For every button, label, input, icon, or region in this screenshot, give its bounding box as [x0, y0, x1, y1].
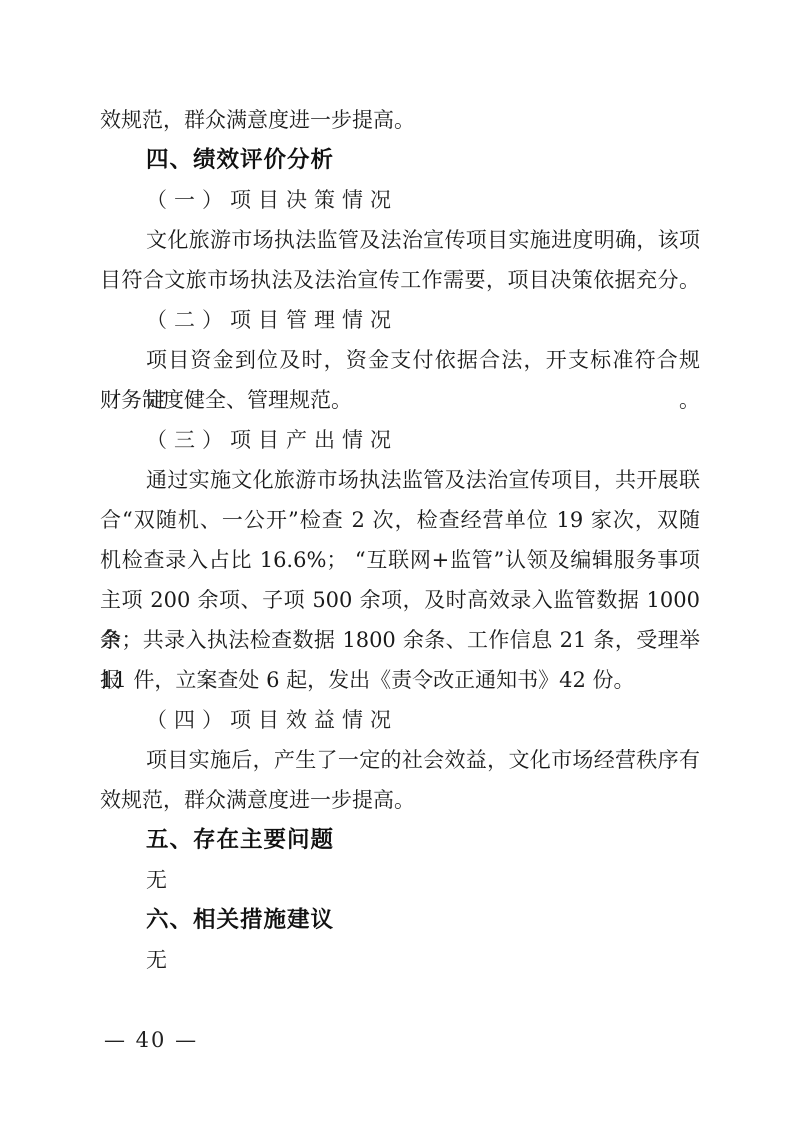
paragraph-line: 主项 200 余项、子项 500 余项，及时高效录入监管数据 1000 余	[100, 580, 700, 620]
paragraph-line: 目符合文旅市场执法及法治宣传工作需要，项目决策依据充分。	[100, 260, 700, 300]
subsection-heading-1: （一）项目决策情况	[100, 180, 700, 220]
paragraph-line: 11 件，立案查处 6 起，发出《责令改正通知书》42 份。	[100, 660, 700, 700]
section-heading-4: 四、绩效评价分析	[100, 140, 700, 180]
paragraph-line: 合“双随机、一公开”检查 2 次，检查经营单位 19 家次，双随	[100, 500, 700, 540]
paragraph-line: 项目资金到位及时，资金支付依据合法，开支标准符合规定。	[100, 340, 700, 380]
paragraph-line: 文化旅游市场执法监管及法治宣传项目实施进度明确，该项	[100, 220, 700, 260]
subsection-heading-4: （四）项目效益情况	[100, 700, 700, 740]
paragraph-line: 效规范，群众满意度进一步提高。	[100, 780, 700, 820]
paragraph-line: 条；共录入执法检查数据 1800 余条、工作信息 21 条，受理举报	[100, 620, 700, 660]
paragraph-line: 无	[100, 860, 700, 900]
subsection-heading-3: （三）项目产出情况	[100, 420, 700, 460]
subsection-heading-2: （二）项目管理情况	[100, 300, 700, 340]
paragraph-line: 项目实施后，产生了一定的社会效益，文化市场经营秩序有	[100, 740, 700, 780]
paragraph-line: 机检查录入占比 16.6%； “互联网+监管”认领及编辑服务事项	[100, 540, 700, 580]
document-body: 效规范，群众满意度进一步提高。 四、绩效评价分析 （一）项目决策情况 文化旅游市…	[100, 100, 700, 980]
document-page: 效规范，群众满意度进一步提高。 四、绩效评价分析 （一）项目决策情况 文化旅游市…	[0, 0, 793, 1122]
paragraph-line: 通过实施文化旅游市场执法监管及法治宣传项目，共开展联	[100, 460, 700, 500]
paragraph-line: 效规范，群众满意度进一步提高。	[100, 100, 700, 140]
paragraph-line: 无	[100, 940, 700, 980]
section-heading-6: 六、相关措施建议	[100, 900, 700, 940]
section-heading-5: 五、存在主要问题	[100, 820, 700, 860]
page-number: — 40 —	[104, 1020, 198, 1060]
